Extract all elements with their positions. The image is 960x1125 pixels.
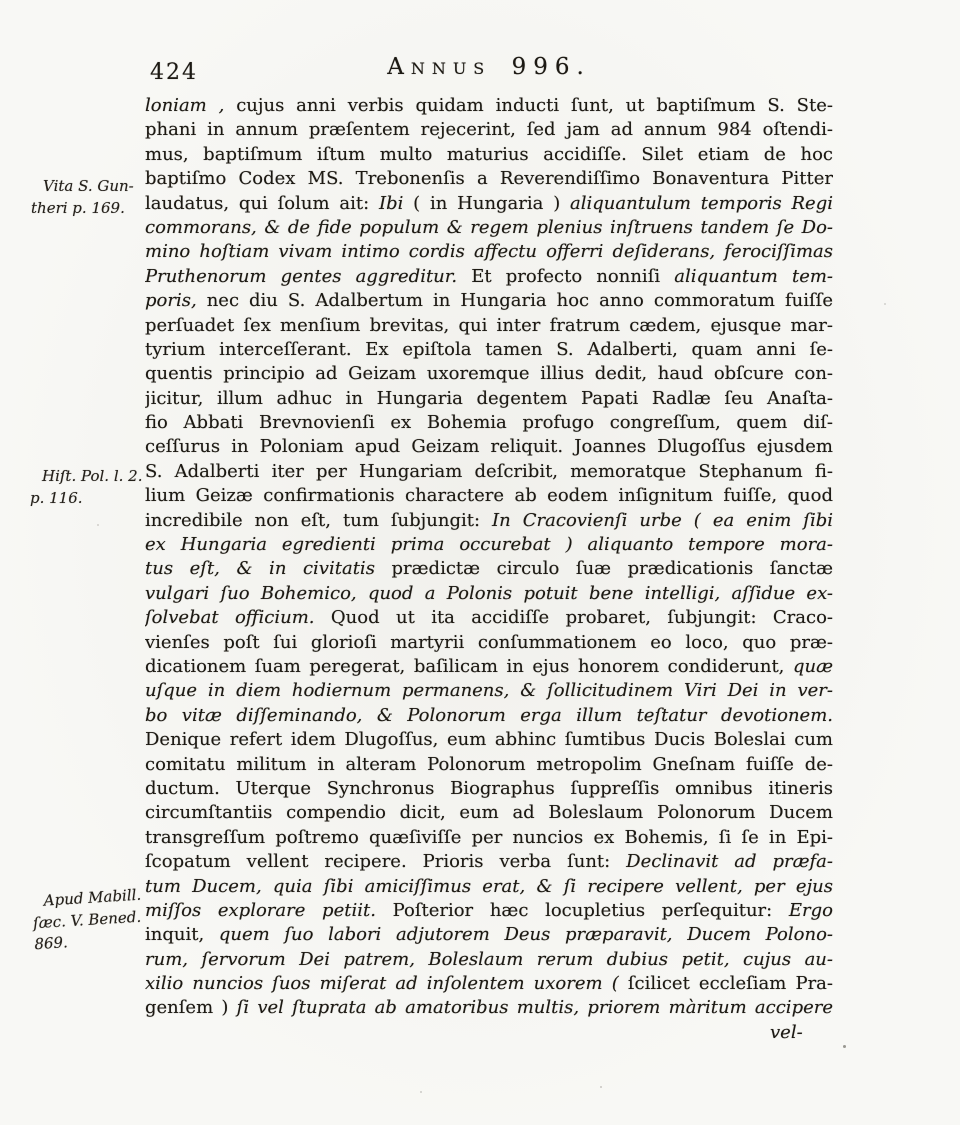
italic-text-segment: quem ſuo labori adjutorem Deus præparavi… [219,924,833,945]
margin-note-line: Vita S. Gun- [43,176,161,198]
roman-text-segment: ( in Hungaria ) [413,193,570,214]
italic-text-segment: uſque in diem hodiernum permanens, & ſol… [145,680,833,701]
scan-speck [196,101,198,103]
roman-text-segment: comitatu militum in alteram Polonorum me… [145,754,833,775]
body-line: dicationem ſuam peregerat, baſilicam in … [145,655,833,679]
scan-speck [884,303,886,305]
roman-text-segment: tyrium interceſſerant. Ex epiſtola tamen… [145,339,833,360]
roman-text-segment: circumſtantiis compendio dicit, eum ad B… [145,802,833,823]
italic-text-segment: tus eſt, & in civitatis [145,558,392,579]
body-line: xilio nuncios ſuos miſerat ad inſolentem… [145,972,833,996]
body-line: genſem ) ſi vel ſtuprata ab amatoribus m… [145,996,833,1020]
italic-text-segment: ſi vel ſtuprata ab amatoribus multis, pr… [237,997,833,1018]
body-line: lium Geizæ confirmationis charactere ab … [145,484,833,508]
roman-text-segment: ſcopatum vellent recipere. Prioris verba… [145,851,626,872]
italic-text-segment: rum, ſervorum Dei patrem, Boleslaum reru… [145,949,833,970]
body-line: miſſos explorare petiit. Poſterior hæc l… [145,899,833,923]
italic-text-segment: loniam , [145,95,236,116]
body-line: quentis principio ad Geizam uxoremque il… [145,362,833,386]
body-line: tyrium interceſſerant. Ex epiſtola tamen… [145,338,833,362]
body-line: incredibile non eſt, tum ſubjungit: In C… [145,509,833,533]
roman-text-segment: cujus anni verbis quidam inducti ſunt, u… [236,95,833,116]
roman-text-segment: ſcilicet eccleſiam Pra- [628,973,833,994]
roman-text-segment: lium Geizæ confirmationis charactere ab … [145,485,833,506]
running-header: Annus 996. [145,54,833,80]
italic-text-segment: Declinavit ad præfa- [626,851,833,872]
body-line: rum, ſervorum Dei patrem, Boleslaum reru… [145,948,833,972]
margin-note-hist-pol: Hiſt. Pol. l. 2. p. 116. [30,466,170,509]
margin-note-vita-guntheri: Vita S. Gun- theri p. 169. [31,176,161,219]
roman-text-segment: incredibile non eſt, tum ſubjungit: [145,510,492,531]
body-line: ſolvebat officium. Quod ut ita accidiſſe… [145,606,833,630]
italic-text-segment: ex Hungaria egredienti prima occurebat )… [145,534,833,555]
roman-text-segment: ceſſurus in Poloniam apud Geizam reliqui… [145,436,833,457]
body-line: tus eſt, & in civitatis prædictæ circulo… [145,557,833,581]
margin-note-line: p. 116. [30,488,170,510]
body-line: comitatu militum in alteram Polonorum me… [145,753,833,777]
roman-text-segment: prædictæ circulo ſuæ prædicationis ſanct… [392,558,833,579]
roman-text-segment: perſuadet ſex menſium brevitas, qui inte… [145,315,833,336]
italic-text-segment: quæ [793,656,833,677]
margin-note-line: Hiſt. Pol. l. 2. [42,466,170,488]
italic-text-segment: ſolvebat officium. [145,607,315,628]
body-line: vienſes poſt ſui glorioſi martyrii conſu… [145,631,833,655]
body-line: baptiſmo Codex MS. Trebonenſis a Reveren… [145,167,833,191]
italic-text-segment: mino hoſtiam vivam intimo cordis affectu… [145,241,833,262]
body-line: poris, nec diu S. Adalbertum in Hungaria… [145,289,833,313]
italic-text-segment: Ergo [789,900,833,921]
body-line: vulgari ſuo Bohemico, quod a Polonis pot… [145,582,833,606]
italic-text-segment: xilio nuncios ſuos miſerat ad inſolentem… [145,973,628,994]
roman-text-segment: laudatus, qui ſolum ait: [145,193,379,214]
body-text: loniam , cujus anni verbis quidam induct… [145,94,833,1021]
body-line: mino hoſtiam vivam intimo cordis affectu… [145,240,833,264]
roman-text-segment: transgreſſum poſtremo quæſiviſſe per nun… [145,827,833,848]
italic-text-segment: miſſos explorare petiit. [145,900,376,921]
italic-text-segment: aliquantulum temporis Regi [570,193,833,214]
italic-text-segment: commorans, & de fide populum & regem ple… [145,217,833,238]
body-line: Pruthenorum gentes aggreditur. Et profec… [145,265,833,289]
margin-note-line: theri p. 169. [31,198,161,220]
roman-text-segment: phani in annum præſentem rejecerint, ſed… [145,119,833,140]
body-line: bo vitæ diſſeminando, & Polonorum erga i… [145,704,833,728]
body-line: Denique refert idem Dlugoſſus, eum abhin… [145,728,833,752]
italic-text-segment: tum Ducem, quia ſibi amiciſſimus erat, &… [145,876,833,897]
body-line: phani in annum præſentem rejecerint, ſed… [145,118,833,142]
scan-speck [97,524,99,526]
roman-text-segment: Denique refert idem Dlugoſſus, eum abhin… [145,729,833,750]
roman-text-segment: quentis principio ad Geizam uxoremque il… [145,363,833,384]
italic-text-segment: poris, [145,290,197,311]
roman-text-segment: Et profecto nonniſi [457,266,674,287]
margin-note-apud-mabill: Apud Mabill. ſæc. V. Bened. 869. [31,883,175,956]
roman-text-segment: ductum. Uterque Synchronus Biographus ſu… [145,778,833,799]
body-line: transgreſſum poſtremo quæſiviſſe per nun… [145,826,833,850]
roman-text-segment: Poſterior hæc locupletius perſequitur: [376,900,789,921]
body-line: loniam , cujus anni verbis quidam induct… [145,94,833,118]
body-line: inquit, quem ſuo labori adjutorem Deus p… [145,923,833,947]
italic-text-segment: In Cracovienſi urbe ( ea enim ſibi [492,510,833,531]
italic-text-segment: bo vitæ diſſeminando, & Polonorum erga i… [145,705,833,726]
roman-text-segment: nec diu S. Adalbertum in Hungaria hoc an… [197,290,833,311]
italic-text-segment: Pruthenorum gentes aggreditur. [145,266,457,287]
roman-text-segment: dicationem ſuam peregerat, baſilicam in … [145,656,793,677]
body-line: ex Hungaria egredienti prima occurebat )… [145,533,833,557]
body-line: tum Ducem, quia ſibi amiciſſimus erat, &… [145,875,833,899]
body-line: commorans, & de fide populum & regem ple… [145,216,833,240]
scan-speck [420,1091,422,1093]
body-line: perſuadet ſex menſium brevitas, qui inte… [145,314,833,338]
italic-text-segment: vulgari ſuo Bohemico, quod a Polonis pot… [145,583,833,604]
body-line: circumſtantiis compendio dicit, eum ad B… [145,801,833,825]
roman-text-segment: vienſes poſt ſui glorioſi martyrii conſu… [145,632,833,653]
roman-text-segment: mus, baptiſmum iſtum multo maturius acci… [145,144,833,165]
catchword: vel- [770,1022,803,1043]
italic-text-segment: aliquantum tem- [674,266,833,287]
body-line: fio Abbati Brevnovienſi ex Bohemia profu… [145,411,833,435]
roman-text-segment: S. Adalberti iter per Hungariam deſcribi… [145,461,833,482]
book-page-scan: 424 Annus 996. loniam , cujus anni verbi… [0,0,960,1125]
roman-text-segment: fio Abbati Brevnovienſi ex Bohemia profu… [145,412,833,433]
roman-text-segment: baptiſmo Codex MS. Trebonenſis a Reveren… [145,168,833,189]
body-line: jicitur, illum adhuc in Hungaria degente… [145,387,833,411]
body-line: ceſſurus in Poloniam apud Geizam reliqui… [145,435,833,459]
body-line: laudatus, qui ſolum ait: Ibi ( in Hungar… [145,192,833,216]
scan-speck [843,1045,846,1048]
body-line: uſque in diem hodiernum permanens, & ſol… [145,679,833,703]
body-line: mus, baptiſmum iſtum multo maturius acci… [145,143,833,167]
body-line: ſcopatum vellent recipere. Prioris verba… [145,850,833,874]
body-line: S. Adalberti iter per Hungariam deſcribi… [145,460,833,484]
roman-text-segment: jicitur, illum adhuc in Hungaria degente… [145,388,833,409]
italic-text-segment: Ibi [379,193,413,214]
roman-text-segment: genſem ) [145,997,237,1018]
body-line: ductum. Uterque Synchronus Biographus ſu… [145,777,833,801]
roman-text-segment: Quod ut ita accidiſſe probaret, ſubjungi… [315,607,833,628]
scan-speck [600,1086,602,1088]
